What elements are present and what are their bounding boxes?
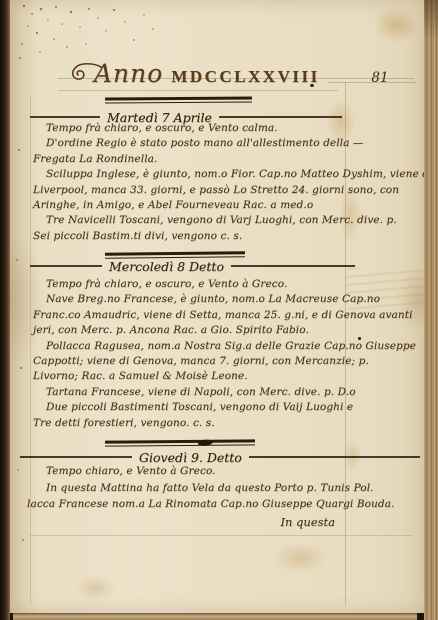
year-roman-numeral: MDCCLXXVIII xyxy=(171,67,319,87)
paragraph: D'ordine Regio è stato posto mano all'al… xyxy=(33,136,417,167)
section-divider xyxy=(105,439,255,446)
manuscript-line: Tempo frà chiaro, e oscuro, e Vento calm… xyxy=(33,121,417,136)
manuscript-line: Sei piccoli Bastim.ti divi, vengono c. s… xyxy=(33,229,417,244)
manuscript-line: Tre Navicelli Toscani, vengono di Varj L… xyxy=(33,213,417,228)
paragraph: Tempo chiaro, e Vento à Greco. xyxy=(33,463,417,480)
manuscript-line: Due piccoli Bastimenti Toscani, vengono … xyxy=(33,400,417,415)
manuscript-line: jeri, con Merc. p. Ancona Rac. a Gio. Sp… xyxy=(33,323,417,338)
divider-ornament-icon xyxy=(198,439,214,447)
heading-rule-left xyxy=(30,116,100,118)
heading-rule-right xyxy=(219,116,342,118)
ruled-line-top-2 xyxy=(58,90,338,91)
flourish-icon xyxy=(68,61,102,85)
year-script-word: Anno xyxy=(94,59,163,88)
manuscript-line: Tempo chiaro, e Vento à Greco. xyxy=(33,463,417,480)
section-body-martedi: Tempo frà chiaro, e oscuro, e Vento calm… xyxy=(33,121,417,244)
paragraph: In questa Mattina ha fatto Vela da quest… xyxy=(33,480,417,513)
paragraph: Tre Navicelli Toscani, vengono di Varj L… xyxy=(33,213,417,244)
page-edges-right xyxy=(424,0,438,620)
show-through xyxy=(346,268,428,310)
ink-dot xyxy=(310,84,314,87)
ruled-line-bottom xyxy=(30,535,412,536)
paragraph: Due piccoli Bastimenti Toscani, vengono … xyxy=(33,400,417,431)
manuscript-line: Fregata La Rondinella. xyxy=(33,152,417,167)
manuscript-line: D'ordine Regio è stato posto mano all'al… xyxy=(33,136,417,151)
manuscript-line: Pollacca Ragusea, nom.a Nostra Sig.a del… xyxy=(33,339,417,354)
manuscript-line: Tartana Francese, viene di Napoli, con M… xyxy=(33,385,417,400)
heading-rule-left xyxy=(30,265,102,267)
manuscript-line: Liverpool, manca 33. giorni, e passò Lo … xyxy=(33,183,417,198)
paragraph: Tempo frà chiaro, e oscuro, e Vento calm… xyxy=(33,121,417,136)
manuscript-line: Cappotti; viene di Genova, manca 7. gior… xyxy=(33,354,417,369)
catchword: In questa xyxy=(240,515,335,529)
heading-rule-left xyxy=(20,456,132,458)
manuscript-line: In questa Mattina ha fatto Vela da quest… xyxy=(33,480,417,497)
manuscript-line: Tre detti forestieri, vengono. c. s. xyxy=(33,416,417,431)
manuscript-page: Anno MDCCLXXVIII 81 Martedì 7 Aprile Tem… xyxy=(10,0,424,613)
book-binding-gutter xyxy=(0,0,10,620)
page-edge-bottom xyxy=(13,613,417,620)
section-heading-label: Mercoledì 8 Detto xyxy=(109,259,224,274)
manuscript-line: Livorno; Rac. a Samuel & Moisè Leone. xyxy=(33,369,417,384)
manuscript-line: lacca Francese nom.a La Rinomata Cap.no … xyxy=(27,496,417,513)
manuscript-line: Aringhe, in Amigo, e Abel Fourneveau Rac… xyxy=(33,198,417,213)
paragraph: Pollacca Ragusea, nom.a Nostra Sig.a del… xyxy=(33,339,417,385)
heading-rule-right xyxy=(249,456,420,458)
section-heading-mercoledi: Mercoledì 8 Detto xyxy=(30,258,355,274)
paragraph: Tartana Francese, viene di Napoli, con M… xyxy=(33,385,417,400)
header-rule xyxy=(105,96,252,103)
manuscript-line: Sciluppa Inglese, è giunto, nom.o Fior. … xyxy=(33,167,417,182)
section-body-giovedi: Tempo chiaro, e Vento à Greco. In questa… xyxy=(33,463,417,513)
paragraph: Sciluppa Inglese, è giunto, nom.o Fior. … xyxy=(33,167,417,213)
margin-line-left xyxy=(30,96,31,605)
heading-rule-right xyxy=(231,265,355,267)
year-header: Anno MDCCLXXVIII xyxy=(68,58,320,88)
book-spread: Anno MDCCLXXVIII 81 Martedì 7 Aprile Tem… xyxy=(0,0,438,620)
manuscript-line: Franc.co Amaudric, viene di Setta, manca… xyxy=(33,308,417,323)
page-number: 81 xyxy=(360,70,400,86)
